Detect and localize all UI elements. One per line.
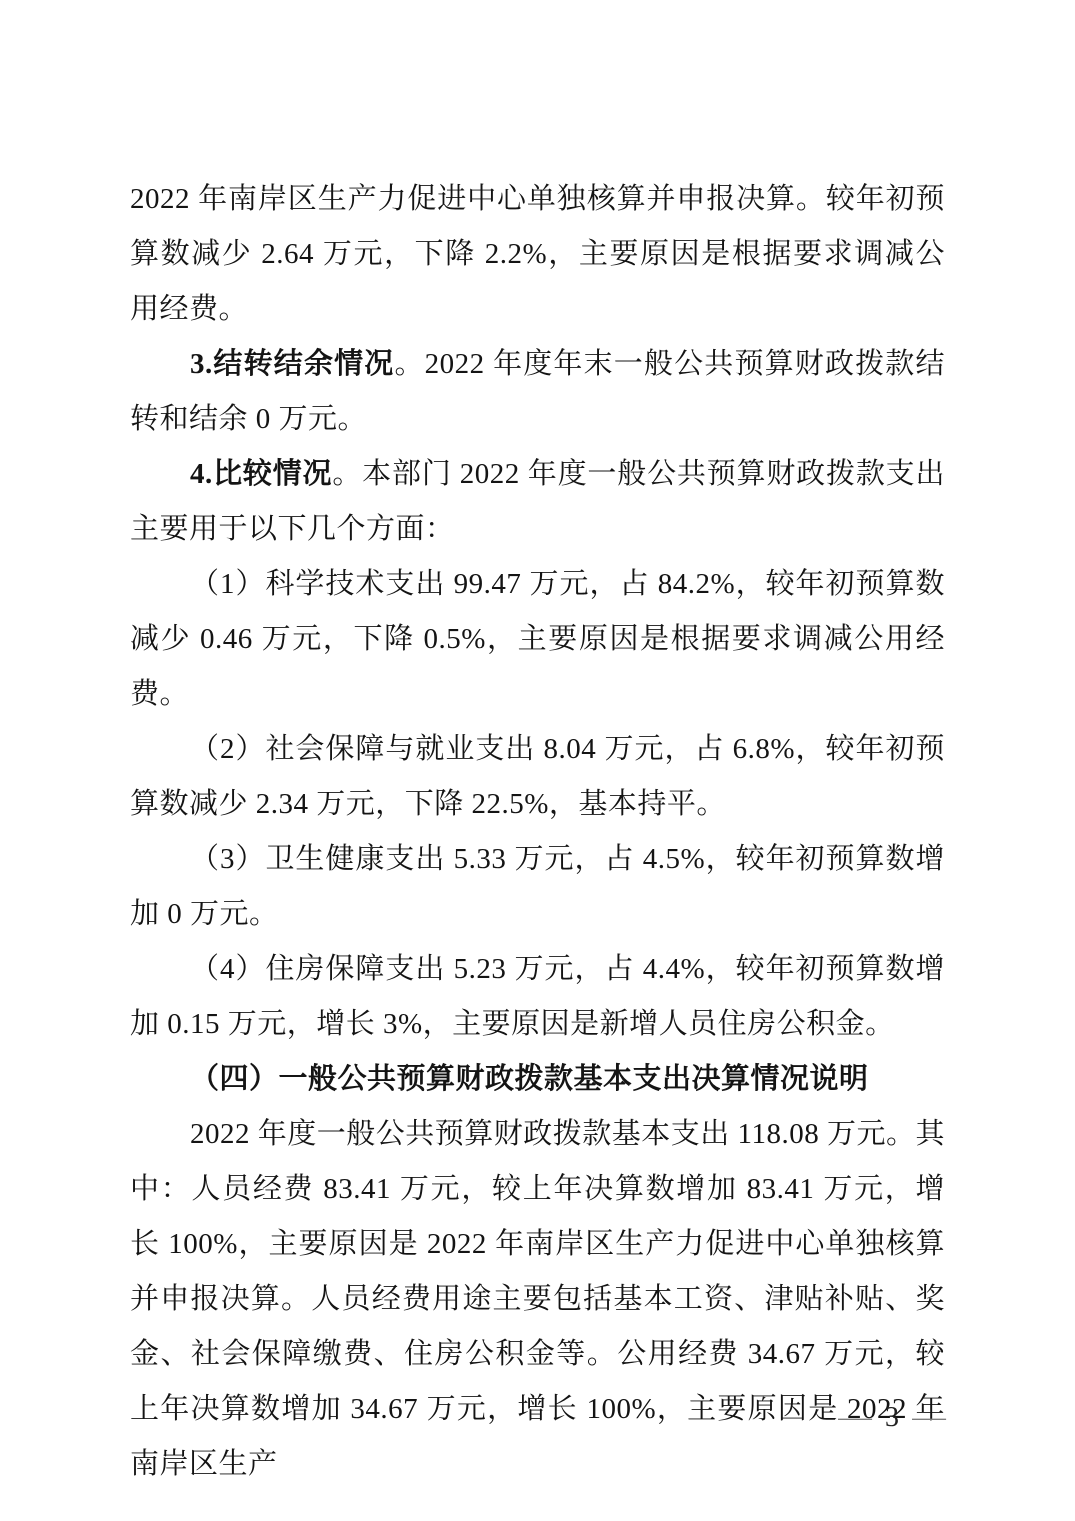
paragraph: 2022 年度一般公共预算财政拨款基本支出 118.08 万元。其中：人员经费 … — [130, 1107, 945, 1492]
text-run: （3）卫生健康支出 5.33 万元，占 4.5%，较年初预算数增加 0 万元。 — [130, 843, 945, 930]
paragraph: （3）卫生健康支出 5.33 万元，占 4.5%，较年初预算数增加 0 万元。 — [130, 832, 945, 942]
text-run: 2022 年南岸区生产力促进中心单独核算并申报决算。较年初预算数减少 2.64 … — [130, 183, 945, 325]
bold-text-run: 4.比较情况 — [190, 458, 332, 490]
paragraph: 3.结转结余情况。2022 年度年末一般公共预算财政拨款结转和结余 0 万元。 — [130, 337, 945, 447]
document-page: 2022 年南岸区生产力促进中心单独核算并申报决算。较年初预算数减少 2.64 … — [0, 0, 1075, 1521]
text-run: 2022 年度一般公共预算财政拨款基本支出 118.08 万元。其中：人员经费 … — [130, 1118, 945, 1480]
text-run: （4）住房保障支出 5.23 万元，占 4.4%，较年初预算数增加 0.15 万… — [130, 953, 945, 1040]
text-run: （1）科学技术支出 99.47 万元，占 84.2%，较年初预算数减少 0.46… — [130, 568, 945, 710]
page-footer: — 3 — — [841, 1398, 943, 1438]
paragraph: （四）一般公共预算财政拨款基本支出决算情况说明 — [130, 1052, 945, 1107]
paragraph: （4）住房保障支出 5.23 万元，占 4.4%，较年初预算数增加 0.15 万… — [130, 942, 945, 1052]
footer-dash-right: — — [912, 1398, 946, 1438]
paragraph: （2）社会保障与就业支出 8.04 万元，占 6.8%，较年初预算数减少 2.3… — [130, 722, 945, 832]
bold-text-run: 3.结转结余情况 — [190, 348, 394, 380]
page-number: 3 — [885, 1398, 899, 1438]
paragraph: （1）科学技术支出 99.47 万元，占 84.2%，较年初预算数减少 0.46… — [130, 557, 945, 722]
text-run: （2）社会保障与就业支出 8.04 万元，占 6.8%，较年初预算数减少 2.3… — [130, 733, 945, 820]
paragraph: 2022 年南岸区生产力促进中心单独核算并申报决算。较年初预算数减少 2.64 … — [130, 172, 945, 337]
document-body: 2022 年南岸区生产力促进中心单独核算并申报决算。较年初预算数减少 2.64 … — [130, 172, 945, 1492]
bold-text-run: （四）一般公共预算财政拨款基本支出决算情况说明 — [190, 1063, 869, 1095]
paragraph: 4.比较情况。本部门 2022 年度一般公共预算财政拨款支出主要用于以下几个方面… — [130, 447, 945, 557]
footer-dash-left: — — [838, 1398, 872, 1438]
